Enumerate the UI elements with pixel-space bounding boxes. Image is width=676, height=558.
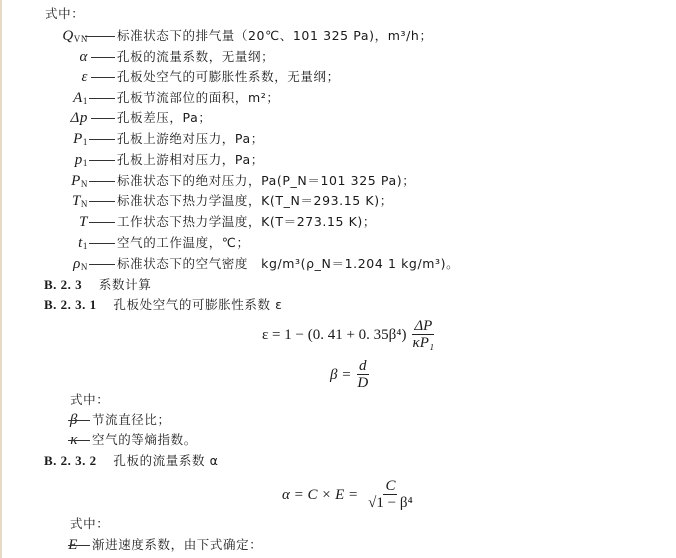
definition-text: 标准状态下的空气密度 kg/m³(ρ_N＝1.204 1 kg/m³)。 (117, 256, 459, 272)
definition-text: 孔板节流部位的面积，m²； (117, 90, 280, 106)
definition-text: 空气的工作温度，℃； (117, 235, 250, 251)
section-number: B. 2. 3 (44, 277, 82, 292)
symbol: QVN (28, 28, 88, 47)
symbol-glyph: p (75, 152, 83, 168)
em-dash (89, 98, 115, 99)
symbol-glyph: P (73, 131, 83, 147)
em-dash (89, 264, 115, 265)
symbol-glyph: α (80, 49, 88, 65)
em-dash (91, 77, 115, 78)
where-label: 式中： (70, 392, 109, 408)
definition-text: 工作状态下热力学温度，K(T＝273.15 K)； (117, 214, 376, 230)
symbol-glyph: T (79, 214, 88, 230)
symbol: p1 (28, 152, 88, 171)
definition-text: 孔板处空气的可膨胀性系数，无量纲； (117, 69, 340, 85)
fraction-denominator: √1 − β⁴ (366, 495, 415, 511)
fraction-numerator: C (383, 478, 397, 495)
em-dash (91, 118, 115, 119)
symbol-subscript: N (81, 179, 88, 189)
definition-text: 标准状态下的排气量（20℃、101 325 Pa)，m³/h； (117, 28, 433, 44)
symbol-glyph: P (71, 173, 81, 189)
symbol-subscript: 1 (83, 241, 88, 251)
symbol: T (28, 214, 88, 230)
symbol-glyph: ρ (73, 256, 81, 272)
symbol: P1 (28, 131, 88, 150)
em-dash (68, 545, 90, 546)
symbol-subscript: N (81, 262, 88, 272)
em-dash (91, 57, 115, 58)
symbol-glyph: Q (62, 28, 73, 44)
formula-lhs: ε = 1 − (0. 41 + 0. 35β⁴) (262, 326, 407, 344)
em-dash (89, 222, 115, 223)
formula-fraction: ΔP κP₁ (411, 318, 437, 351)
where-label: 式中： (45, 6, 84, 22)
definition-text: 孔板上游绝对压力，Pa； (117, 131, 264, 147)
symbol-glyph: T (72, 193, 81, 209)
formula-lhs: α = C × E = (282, 486, 358, 504)
symbol: ρN (28, 256, 88, 275)
where-label: 式中： (70, 516, 109, 532)
symbol: A1 (28, 90, 88, 109)
definition-text: 标准状态下的绝对压力，Pa(P_N＝101 325 Pa)； (117, 173, 415, 189)
em-dash (89, 160, 115, 161)
definition-text: 节流直径比； (92, 412, 171, 428)
fraction-numerator: d (357, 358, 369, 375)
em-dash (89, 181, 115, 182)
section-heading-b-2-3: B. 2. 3 系数计算 (44, 277, 151, 294)
symbol-glyph: Δp (70, 110, 88, 126)
symbol: TN (28, 193, 88, 212)
em-dash (68, 440, 90, 441)
symbol-subscript: 1 (83, 96, 88, 106)
symbol-subscript: 1 (83, 158, 88, 168)
symbol-glyph: ε (81, 69, 88, 85)
formula-flow-coefficient: α = C × E = C √1 − β⁴ (282, 478, 415, 511)
em-dash (89, 139, 115, 140)
fraction-denominator: D (355, 375, 370, 391)
symbol-subscript: 1 (83, 137, 88, 147)
section-title: 孔板的流量系数 α (113, 453, 218, 468)
page-left-border (0, 0, 2, 558)
formula-expansibility: ε = 1 − (0. 41 + 0. 35β⁴) ΔP κP₁ (262, 318, 436, 351)
definition-text: 标准状态下热力学温度，K(T_N＝293.15 K)； (117, 193, 393, 209)
em-dash (68, 420, 90, 421)
definition-text: 空气的等熵指数。 (92, 432, 197, 448)
section-heading-b-2-3-1: B. 2. 3. 1 孔板处空气的可膨胀性系数 ε (44, 297, 283, 314)
symbol-subscript: N (81, 199, 88, 209)
section-number: B. 2. 3. 1 (44, 297, 97, 312)
em-dash (85, 36, 115, 37)
symbol: ε (28, 69, 88, 85)
formula-beta: β = d D (330, 358, 370, 391)
symbol: Δp (28, 110, 88, 126)
formula-fraction: d D (355, 358, 370, 391)
formula-fraction: C √1 − β⁴ (366, 478, 415, 511)
symbol: α (28, 49, 88, 65)
symbol-glyph: A (73, 90, 83, 106)
em-dash (89, 243, 115, 244)
definition-text: 渐进速度系数，由下式确定： (92, 537, 262, 553)
em-dash (89, 201, 115, 202)
section-title: 孔板处空气的可膨胀性系数 ε (113, 297, 282, 312)
symbol: t1 (28, 235, 88, 254)
section-title: 系数计算 (99, 277, 151, 292)
formula-lhs: β = (330, 366, 351, 384)
section-number: B. 2. 3. 2 (44, 453, 97, 468)
fraction-denominator: κP₁ (411, 335, 437, 351)
fraction-numerator: ΔP (412, 318, 434, 335)
section-heading-b-2-3-2: B. 2. 3. 2 孔板的流量系数 α (44, 453, 219, 470)
definition-text: 孔板的流量系数，无量纲； (117, 49, 274, 65)
definition-text: 孔板差压，Pa； (117, 110, 211, 126)
symbol: PN (28, 173, 88, 192)
definition-text: 孔板上游相对压力，Pa； (117, 152, 264, 168)
